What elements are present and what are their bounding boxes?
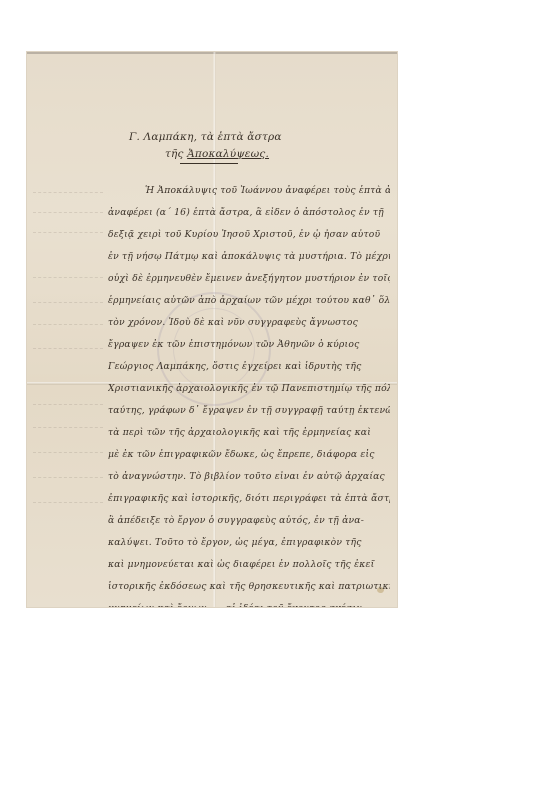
body-line: τὸν χρόνον. Ἰδοὺ δὲ καὶ νῦν συγγραφεὺς ἄ… xyxy=(108,317,390,328)
body-line: Γεώργιος Λαμπάκης, ὅστις ἐγχείρει καὶ ἱδ… xyxy=(108,361,390,372)
document-subtitle: τῆς Ἀποκαλύψεως. xyxy=(165,148,269,160)
paper-edge xyxy=(27,52,397,54)
document-title: Γ. Λαμπάκη, τὰ ἑπτὰ ἄστρα xyxy=(129,131,282,143)
body-line: μνημείων καὶ ἔργων, — αἱ ἰδέαι τοῦ ἔχοντ… xyxy=(108,603,390,607)
body-line: ἃ ἀπέδειξε τὸ ἔργον ὁ συγγραφεὺς αὐτός, … xyxy=(108,515,390,526)
bleed-through-text xyxy=(33,477,103,479)
body-line: δεξιᾷ χειρὶ τοῦ Κυρίου Ἰησοῦ Χριστοῦ, ἐν… xyxy=(108,229,390,240)
bleed-through-text xyxy=(33,348,103,350)
bleed-through-text xyxy=(33,232,103,234)
body-line: ταύτης, γράφων δ᾽ ἔγραψεν ἐν τῇ συγγραφῇ… xyxy=(108,405,390,416)
bleed-through-text xyxy=(33,192,103,194)
title-underline-rule xyxy=(180,163,238,164)
body-line: καὶ μνημονεύεται καὶ ὡς διαφέρει ἐν πολλ… xyxy=(108,559,390,570)
body-line: Χριστιανικῆς ἀρχαιολογικῆς ἐν τῷ Πανεπισ… xyxy=(108,383,390,394)
body-line: μὲ ἐκ τῶν ἐπιγραφικῶν ἔδωκε, ὡς ἔπρεπε, … xyxy=(108,449,390,460)
bleed-through-text xyxy=(33,324,103,326)
bleed-through-text xyxy=(33,427,103,429)
body-line: καλύψει. Τοῦτο τὸ ἔργον, ὡς μέγα, ἐπιγρα… xyxy=(108,537,390,548)
body-line: ἑρμηνείαις αὐτῶν ἀπὸ ἀρχαίων τῶν μέχρι τ… xyxy=(108,295,390,306)
manuscript-page: Γ. Λαμπάκη, τὰ ἑπτὰ ἄστρα τῆς Ἀποκαλύψεω… xyxy=(27,52,397,607)
body-line: ἀναφέρει (α΄ 16) ἑπτὰ ἄστρα, ἃ εἶδεν ὁ ἀ… xyxy=(108,207,390,218)
bleed-through-text xyxy=(33,452,103,454)
body-line: ἔγραψεν ἐκ τῶν ἐπιστημόνων τῶν Ἀθηνῶν ὁ … xyxy=(108,339,390,350)
subtitle-prefix: τῆς xyxy=(165,148,184,160)
body-line: Ἡ Ἀποκάλυψις τοῦ Ἰωάννου ἀναφέρει τοὺς ἑ… xyxy=(145,185,390,196)
body-line: τὸ ἀναγνώστην. Τὸ βιβλίον τοῦτο εἶναι ἐν… xyxy=(108,471,390,482)
bleed-through-text xyxy=(33,502,103,504)
body-line: ἐν τῇ νήσῳ Πάτμῳ καὶ ἀποκάλυψις τὰ μυστή… xyxy=(108,251,390,262)
body-line: οὐχὶ δὲ ἑρμηνευθὲν ἔμεινεν ἀνεξήγητον μυ… xyxy=(108,273,390,284)
bleed-through-text xyxy=(33,212,103,214)
body-line: ἱστορικῆς ἐκδόσεως καὶ τῆς θρησκευτικῆς … xyxy=(108,581,390,592)
subtitle-underlined-word: Ἀποκαλύψεως. xyxy=(187,148,269,160)
bleed-through-text xyxy=(33,302,103,304)
bleed-through-text xyxy=(33,404,103,406)
bleed-through-text xyxy=(33,277,103,279)
body-line: τὰ περὶ τῶν τῆς ἀρχαιολογικῆς καὶ τῆς ἑρ… xyxy=(108,427,390,438)
body-line: ἐπιγραφικῆς καὶ ἱστορικῆς, διότι περιγρά… xyxy=(108,493,390,504)
